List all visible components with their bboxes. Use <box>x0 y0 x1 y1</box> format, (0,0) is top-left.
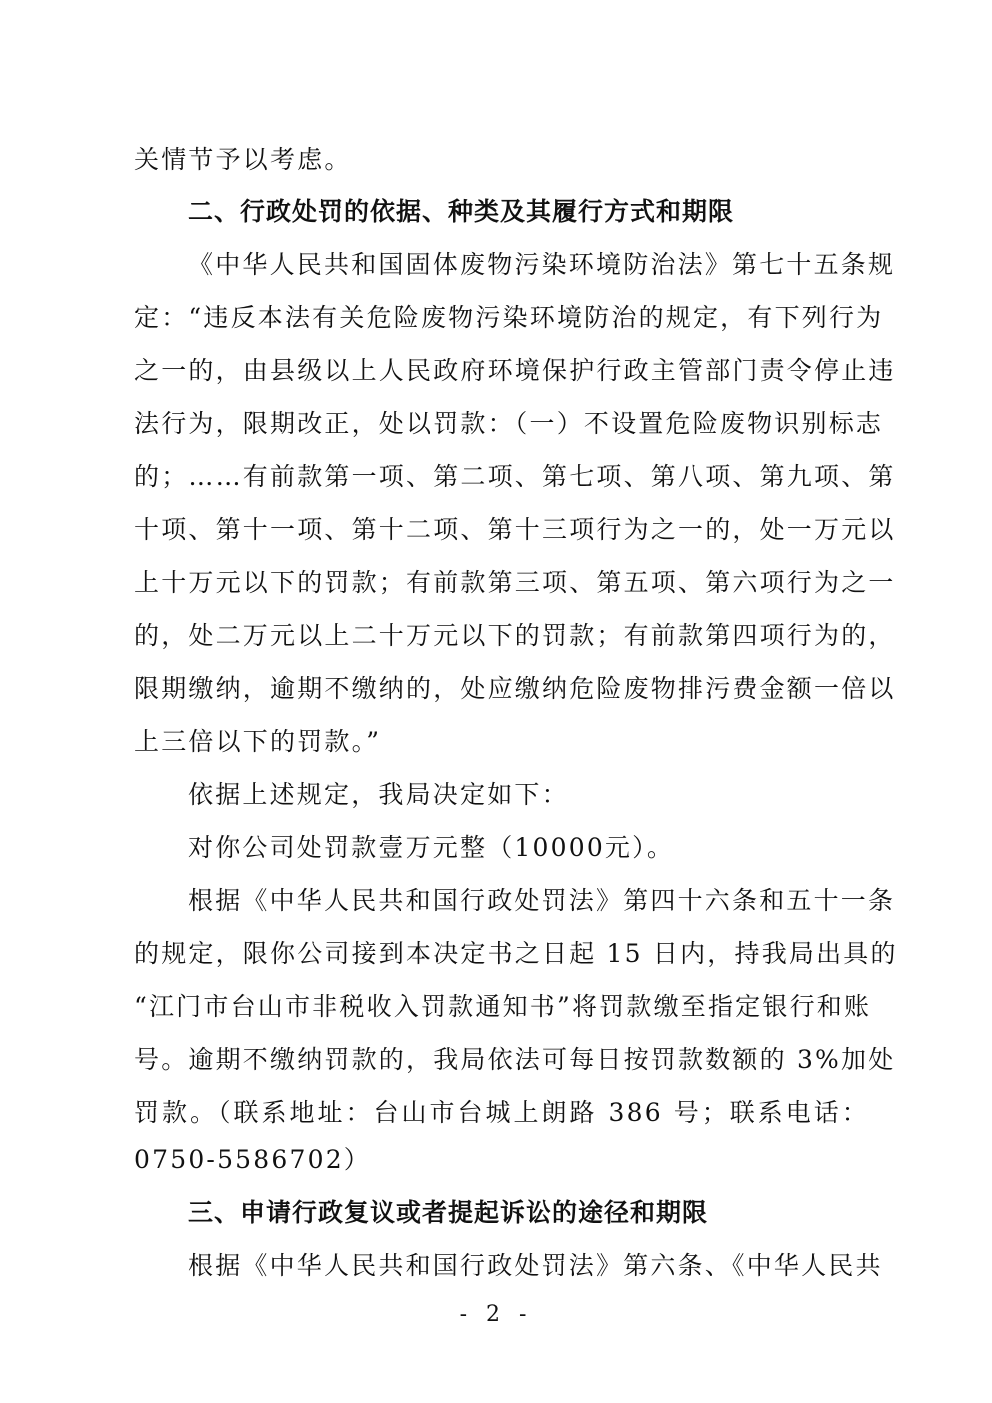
page-number: - 2 - <box>0 1302 992 1327</box>
document-page: 关情节予以考虑。 二、行政处罚的依据、种类及其履行方式和期限 《中华人民共和国固… <box>0 0 992 1403</box>
paragraph-line: 法行为，限期改正，处以罚款：（一）不设置危险废物识别标志 <box>134 407 869 441</box>
paragraph-line: 的，处二万元以上二十万元以下的罚款；有前款第四项行为的， <box>134 619 869 653</box>
penalty-decision: 对你公司处罚款壹万元整（10000元）。 <box>188 831 869 865</box>
paragraph-line: 的规定，限你公司接到本决定书之日起 15 日内，持我局出具的 <box>134 937 869 971</box>
paragraph-line: 号。逾期不缴纳罚款的，我局依法可每日按罚款数额的 3%加处 <box>134 1043 869 1077</box>
paragraph-line: 十项、第十一项、第十二项、第十三项行为之一的，处一万元以 <box>134 513 869 547</box>
paragraph-line: 的；……有前款第一项、第二项、第七项、第八项、第九项、第 <box>134 460 869 494</box>
paragraph-line: 《中华人民共和国固体废物污染环境防治法》第七十五条规 <box>188 248 869 282</box>
paragraph-line: “江门市台山市非税收入罚款通知书”将罚款缴至指定银行和账 <box>134 990 869 1024</box>
paragraph-line: 关情节予以考虑。 <box>134 143 869 177</box>
paragraph-line: 之一的，由县级以上人民政府环境保护行政主管部门责令停止违 <box>134 354 869 388</box>
section-heading-3: 三、申请行政复议或者提起诉讼的途径和期限 <box>188 1196 869 1230</box>
paragraph-line: 定：“违反本法有关危险废物污染环境防治的规定，有下列行为 <box>134 301 869 335</box>
paragraph-line: 根据《中华人民共和国行政处罚法》第四十六条和五十一条 <box>188 884 869 918</box>
contact-phone-line: 0750-5586702） <box>134 1143 869 1177</box>
section-heading-2: 二、行政处罚的依据、种类及其履行方式和期限 <box>188 195 869 229</box>
paragraph-line: 上三倍以下的罚款。” <box>134 725 869 759</box>
contact-info-line: 罚款。（联系地址：台山市台城上朗路 386 号；联系电话： <box>134 1096 869 1130</box>
paragraph-line: 根据《中华人民共和国行政处罚法》第六条、《中华人民共 <box>188 1249 869 1283</box>
decision-intro: 依据上述规定，我局决定如下： <box>188 778 869 812</box>
paragraph-line: 限期缴纳，逾期不缴纳的，处应缴纳危险废物排污费金额一倍以 <box>134 672 869 706</box>
paragraph-line: 上十万元以下的罚款；有前款第三项、第五项、第六项行为之一 <box>134 566 869 600</box>
